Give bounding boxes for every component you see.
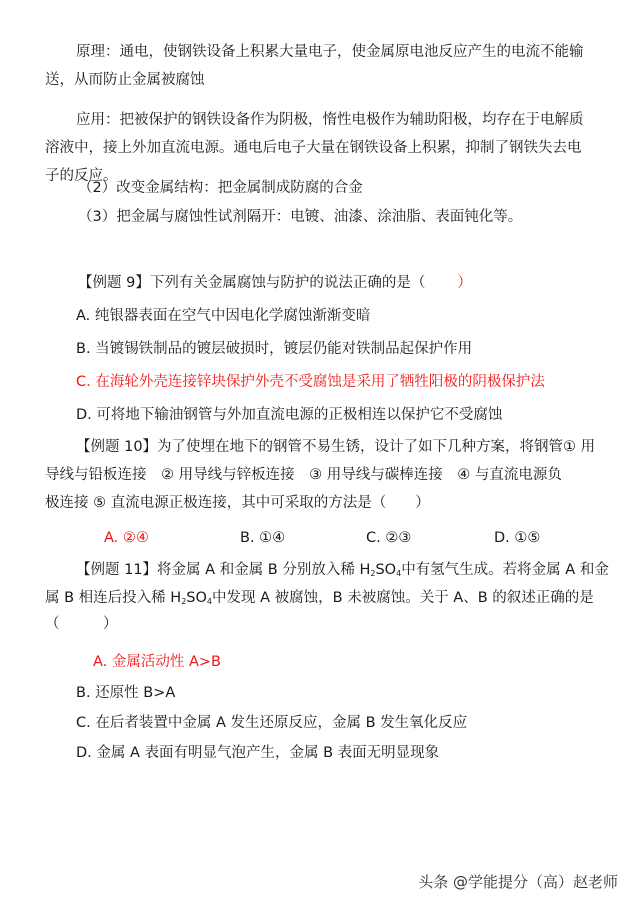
example-11-text: SO [375, 562, 396, 578]
example-9-answer-paren: ） [457, 275, 472, 291]
example-9-option-b: B. 当镀锡铁制品的镀层破损时，镀层仍能对铁制品起保护作用 [76, 339, 472, 359]
example-11-line-3: （ ） [45, 614, 118, 634]
example-9-option-c-correct: C. 在海轮外壳连接锌块保护外壳不受腐蚀是采用了牺牲阳极的阴极保护法 [76, 372, 545, 392]
example-11-text: 【例题 11】将金属 A 和金属 B 分别放入稀 H [76, 562, 370, 578]
example-9-question: 【例题 9】下列有关金属腐蚀与防护的说法正确的是（ [78, 275, 425, 291]
example-11-text: 中有氢气生成。若将金属 A 和金 [401, 562, 609, 578]
example-11-option-c: C. 在后者装置中金属 A 发生还原反应，金属 B 发生氧化反应 [76, 713, 467, 733]
method-3: （3）把金属与腐蚀性试剂隔开：电镀、油漆、涂油脂、表面钝化等。 [78, 207, 522, 227]
example-11-option-d: D. 金属 A 表面有明显气泡产生，金属 B 表面无明显现象 [76, 743, 439, 763]
example-10-option-b: B. ①④ [240, 528, 285, 548]
application-line-1: 应用：把被保护的钢铁设备作为阴极，惰性电极作为辅助阳极，均存在于电解质 [76, 110, 584, 130]
example-10-option-d: D. ①⑤ [494, 528, 540, 548]
watermark: 头条 @学能提分（高）赵老师 [418, 872, 618, 892]
example-10-option-c: C. ②③ [366, 528, 411, 548]
example-11-line-1: 【例题 11】将金属 A 和金属 B 分别放入稀 H2SO4中有氢气生成。若将金… [76, 560, 609, 584]
example-9-title: 【例题 9】下列有关金属腐蚀与防护的说法正确的是（） [78, 273, 472, 293]
example-9-option-a: A. 纯银器表面在空气中因电化学腐蚀渐渐变暗 [76, 306, 370, 326]
example-11-text: 中发现 A 被腐蚀，B 未被腐蚀。关于 A、B 的叙述正确的是 [212, 590, 594, 606]
example-10-line-2: 导线与铅板连接 ② 用导线与锌板连接 ③ 用导线与碳棒连接 ④ 与直流电源负 [45, 465, 562, 485]
example-11-option-b: B. 还原性 B>A [76, 683, 175, 703]
example-10-line-1: 【例题 10】为了使埋在地下的钢管不易生锈，设计了如下几种方案，将钢管① 用 [76, 437, 595, 457]
application-line-2: 溶液中，接上外加直流电源。通电后电子大量在钢铁设备上积累，抑制了钢铁失去电 [45, 138, 582, 158]
example-9-option-d: D. 可将地下输油钢管与外加直流电源的正极相连以保护它不受腐蚀 [76, 405, 502, 425]
method-2: （2）改变金属结构：把金属制成防腐的合金 [78, 178, 363, 198]
example-11-option-a-correct: A. 金属活动性 A>B [93, 652, 221, 672]
example-10-line-3: 极连接 ⑤ 直流电源正极连接，其中可采取的方法是（ ） [45, 493, 430, 513]
principle-line-2: 送，从而防止金属被腐蚀 [45, 70, 205, 90]
example-10-option-a-correct: A. ②④ [104, 528, 149, 548]
example-11-text: 属 B 相连后投入稀 H [45, 590, 181, 606]
principle-line-1: 原理：通电，使钢铁设备上积累大量电子，使金属原电池反应产生的电流不能输 [76, 42, 584, 62]
example-11-text: SO [186, 590, 207, 606]
example-11-line-2: 属 B 相连后投入稀 H2SO4中发现 A 被腐蚀，B 未被腐蚀。关于 A、B … [45, 588, 594, 612]
